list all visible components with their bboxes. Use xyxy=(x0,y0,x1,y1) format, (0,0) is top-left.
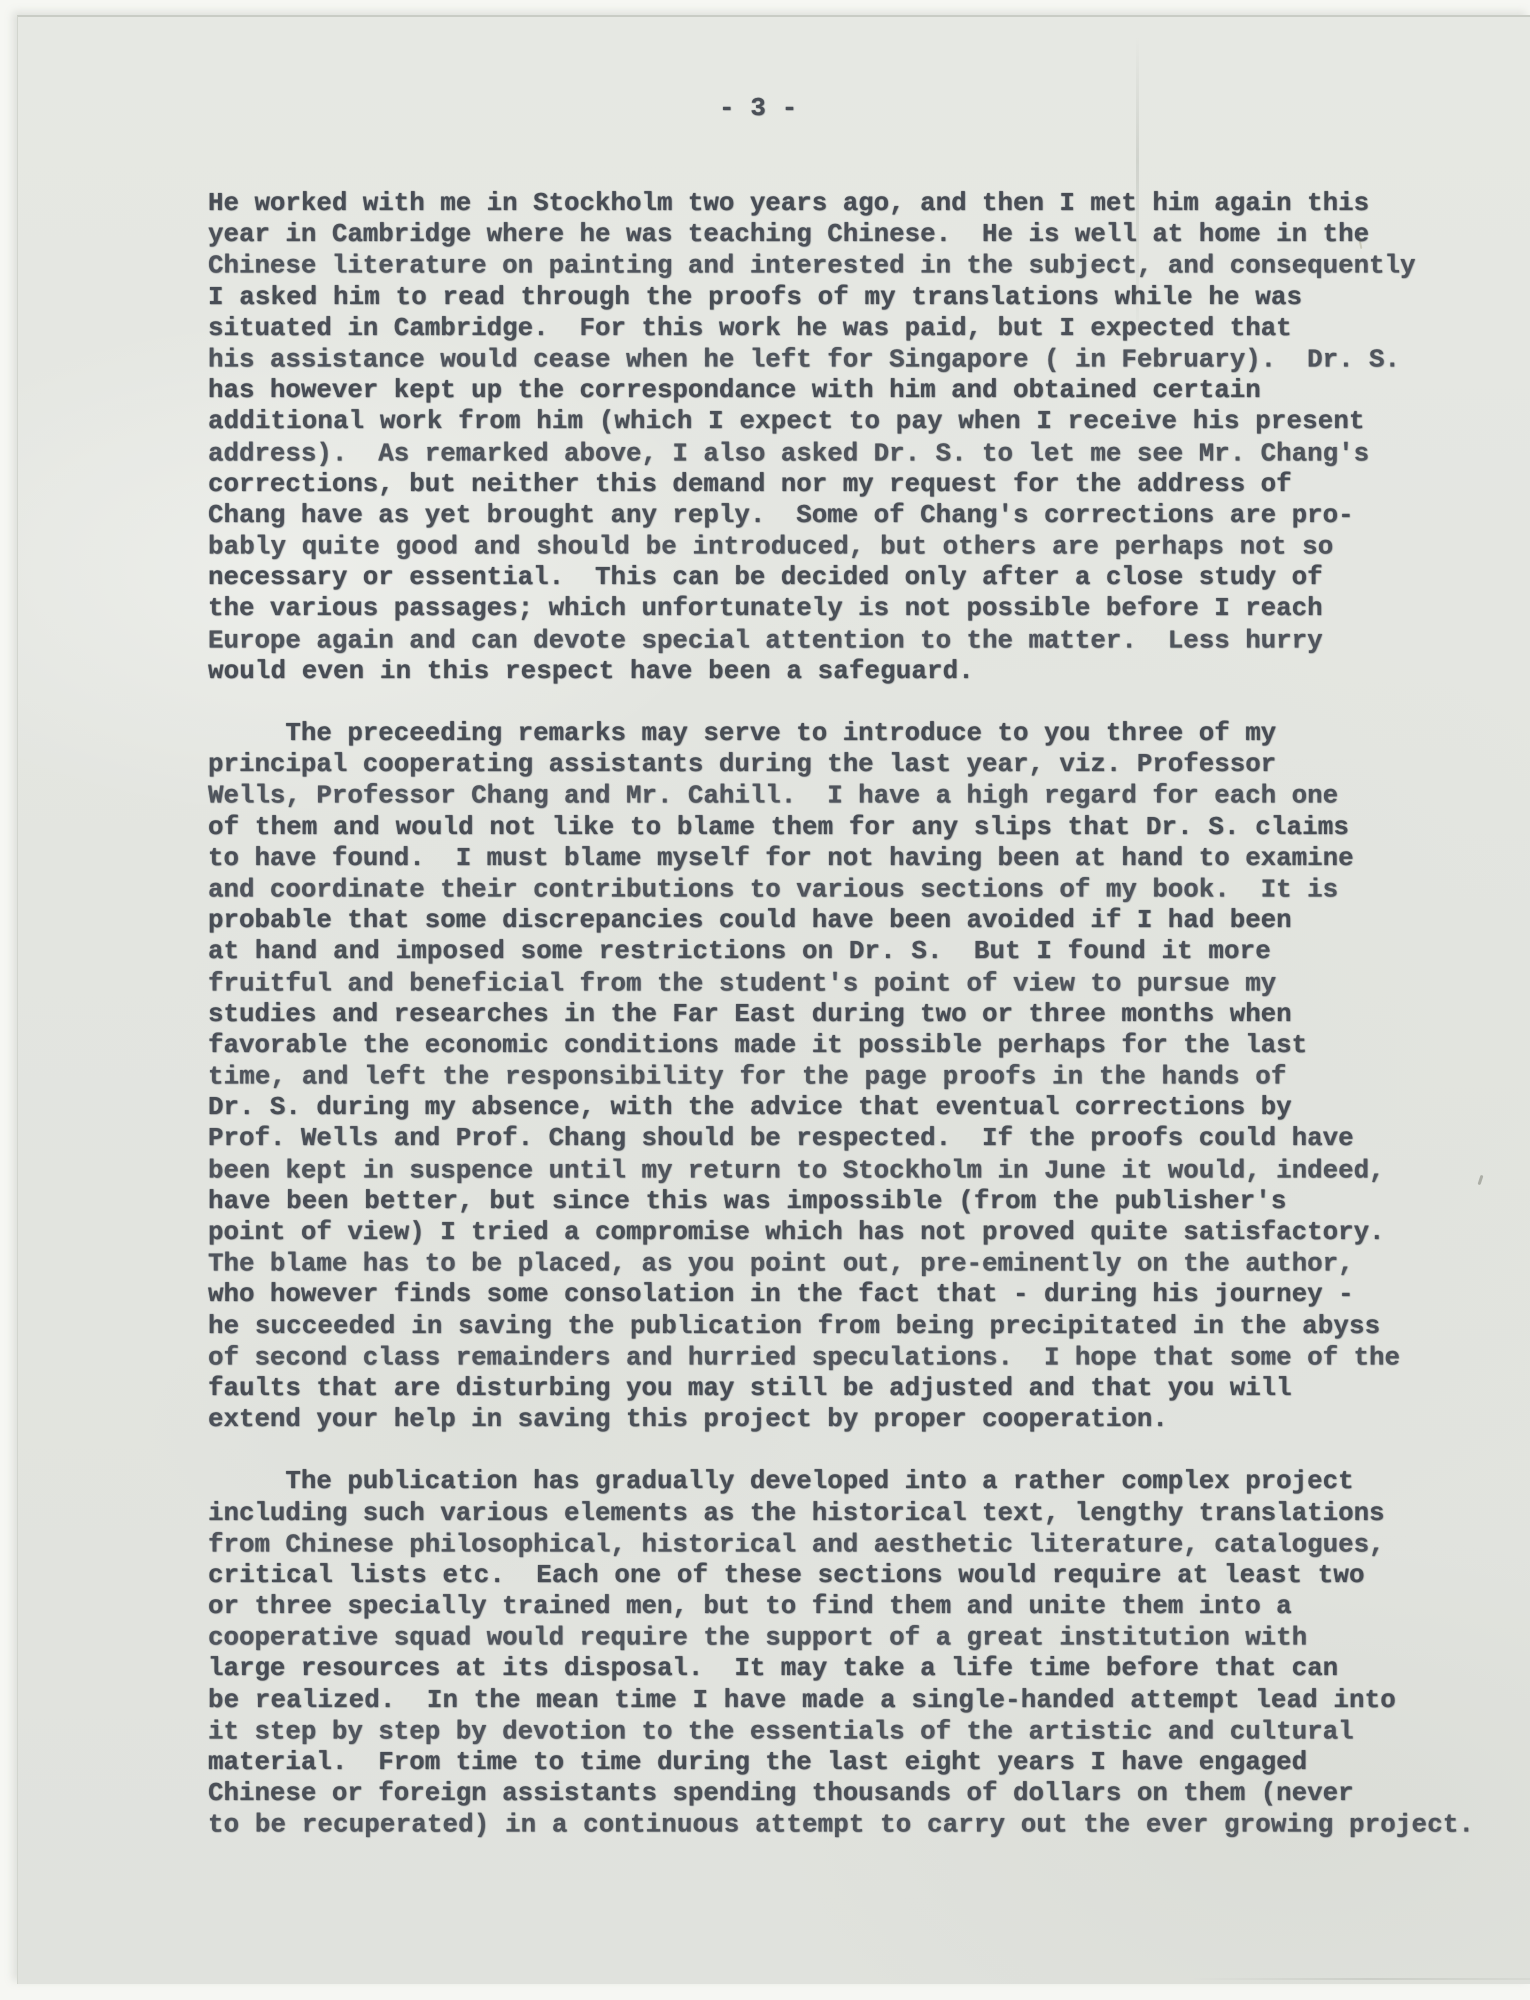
text-line: been kept in suspence until my return to… xyxy=(208,1155,1498,1186)
text-line: favorable the economic conditions made i… xyxy=(208,1030,1498,1061)
paragraph: The publication has gradually developed … xyxy=(208,1466,1498,1840)
text-line: additional work from him (which I expect… xyxy=(208,406,1498,437)
text-line: time, and left the responsibility for th… xyxy=(208,1061,1498,1092)
text-line: point of view) I tried a compromise whic… xyxy=(208,1217,1498,1248)
text-line: at hand and imposed some restrictions on… xyxy=(208,936,1498,967)
text-line: have been better, but since this was imp… xyxy=(208,1186,1498,1217)
text-line: Dr. S. during my absence, with the advic… xyxy=(208,1092,1498,1123)
text-line: who however finds some consolation in th… xyxy=(208,1279,1498,1310)
text-line: critical lists etc. Each one of these se… xyxy=(208,1560,1498,1591)
text-line: The preceeding remarks may serve to intr… xyxy=(208,718,1498,749)
paper-crease-bottom xyxy=(1193,1978,1530,1980)
text-line: He worked with me in Stockholm two years… xyxy=(208,188,1498,219)
text-line: Chinese or foreign assistants spending t… xyxy=(208,1778,1498,1809)
text-line: including such various elements as the h… xyxy=(208,1498,1498,1529)
text-line: to have found. I must blame myself for n… xyxy=(208,843,1498,874)
text-line: The publication has gradually developed … xyxy=(208,1466,1498,1497)
text-line: cooperative squad would require the supp… xyxy=(208,1623,1498,1654)
text-line: large resources at its disposal. It may … xyxy=(208,1653,1498,1684)
text-line: Prof. Wells and Prof. Chang should be re… xyxy=(208,1123,1498,1154)
text-line: of second class remainders and hurried s… xyxy=(208,1342,1498,1373)
text-line: faults that are disturbing you may still… xyxy=(208,1373,1498,1404)
text-line: situated in Cambridge. For this work he … xyxy=(208,313,1498,344)
text-line: or three specially trained men, but to f… xyxy=(208,1591,1498,1622)
text-line: address). As remarked above, I also aske… xyxy=(208,438,1498,469)
text-line: the various passages; which unfortunatel… xyxy=(208,593,1498,624)
text-line: I asked him to read through the proofs o… xyxy=(208,282,1498,313)
paragraph: The preceeding remarks may serve to intr… xyxy=(208,718,1498,1435)
text-line: would even in this respect have been a s… xyxy=(208,656,1498,687)
text-line: he succeeded in saving the publication f… xyxy=(208,1311,1498,1342)
text-line: it step by step by devotion to the essen… xyxy=(208,1716,1498,1747)
text-line: Europe again and can devote special atte… xyxy=(208,625,1498,656)
text-line: bably quite good and should be introduce… xyxy=(208,531,1498,562)
text-line: fruitful and beneficial from the student… xyxy=(208,968,1498,999)
text-line: to be recuperated) in a continuous attem… xyxy=(208,1810,1498,1841)
text-line: necessary or essential. This can be deci… xyxy=(208,562,1498,593)
paragraph: He worked with me in Stockholm two years… xyxy=(208,188,1498,687)
text-line: from Chinese philosophical, historical a… xyxy=(208,1529,1498,1560)
text-line: Chinese literature on painting and inter… xyxy=(208,251,1498,282)
text-line: extend your help in saving this project … xyxy=(208,1404,1498,1435)
text-line: Chang have as yet brought any reply. Som… xyxy=(208,500,1498,531)
text-line: be realized. In the mean time I have mad… xyxy=(208,1685,1498,1716)
text-line: year in Cambridge where he was teaching … xyxy=(208,219,1498,250)
scan-background: { "page": { "number": "- 3 -" }, "colors… xyxy=(0,0,1530,2000)
letter-body: He worked with me in Stockholm two years… xyxy=(208,188,1498,1841)
text-line: has however kept up the correspondance w… xyxy=(208,375,1498,406)
text-line: The blame has to be placed, as you point… xyxy=(208,1249,1498,1280)
text-line: studies and researches in the Far East d… xyxy=(208,999,1498,1030)
text-line: corrections, but neither this demand nor… xyxy=(208,469,1498,500)
text-line: Wells, Professor Chang and Mr. Cahill. I… xyxy=(208,781,1498,812)
text-line: his assistance would cease when he left … xyxy=(208,344,1498,375)
text-line: and coordinate their contributions to va… xyxy=(208,874,1498,905)
text-line: of them and would not like to blame them… xyxy=(208,812,1498,843)
page-number: - 3 - xyxy=(719,93,797,124)
text-line: material. From time to time during the l… xyxy=(208,1747,1498,1778)
text-line: principal cooperating assistants during … xyxy=(208,749,1498,780)
text-line: probable that some discrepancies could h… xyxy=(208,905,1498,936)
